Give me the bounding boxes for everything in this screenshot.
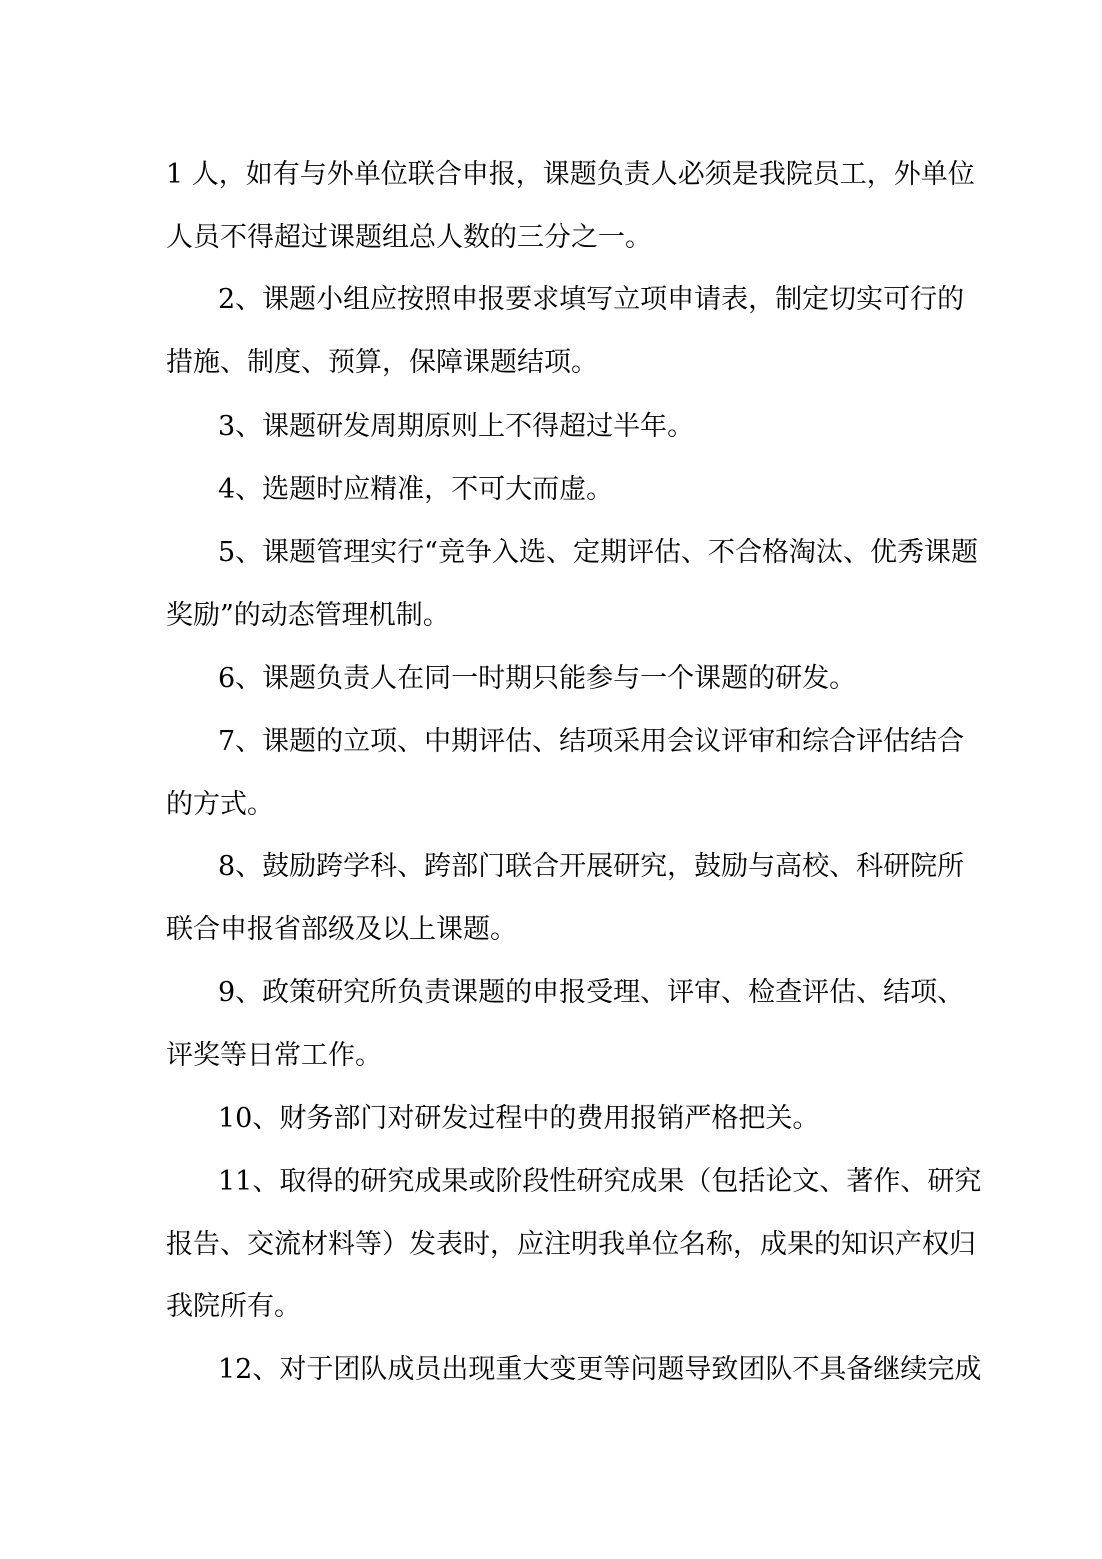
text-line: 9、政策研究所负责课题的申报受理、评审、检查评估、结项、 bbox=[218, 973, 936, 1013]
text-line: 奖励”的动态管理机制。 bbox=[166, 596, 936, 636]
text-line: 5、课题管理实行“竞争入选、定期评估、不合格淘汰、优秀课题 bbox=[218, 533, 936, 573]
text-line: 4、选题时应精准，不可大而虚。 bbox=[218, 470, 936, 510]
text-line: 10、财务部门对研发过程中的费用报销严格把关。 bbox=[218, 1099, 936, 1139]
text-line: 6、课题负责人在同一时期只能参与一个课题的研发。 bbox=[218, 659, 936, 699]
text-line: 报告、交流材料等）发表时，应注明我单位名称，成果的知识产权归 bbox=[166, 1225, 936, 1265]
text-line: 评奖等日常工作。 bbox=[166, 1036, 936, 1076]
text-line: 7、课题的立项、中期评估、结项采用会议评审和综合评估结合 bbox=[218, 722, 936, 762]
text-line: 3、课题研发周期原则上不得超过半年。 bbox=[218, 407, 936, 447]
text-line: 措施、制度、预算，保障课题结项。 bbox=[166, 343, 936, 383]
text-line: 2、课题小组应按照申报要求填写立项申请表，制定切实可行的 bbox=[218, 280, 936, 320]
text-line: 12、对于团队成员出现重大变更等问题导致团队不具备继续完成 bbox=[218, 1350, 936, 1390]
text-line: 联合申报省部级及以上课题。 bbox=[166, 910, 936, 950]
text-line: 11、取得的研究成果或阶段性研究成果（包括论文、著作、研究 bbox=[218, 1162, 936, 1202]
text-line: 8、鼓励跨学科、跨部门联合开展研究，鼓励与高校、科研院所 bbox=[218, 847, 936, 887]
text-line: 人员不得超过课题组总人数的三分之一。 bbox=[166, 218, 936, 258]
text-line: 的方式。 bbox=[166, 785, 936, 825]
text-line: 1 人，如有与外单位联合申报，课题负责人必须是我院员工，外单位 bbox=[166, 155, 936, 195]
text-line: 我院所有。 bbox=[166, 1287, 936, 1327]
document-page: 1 人，如有与外单位联合申报，课题负责人必须是我院员工，外单位 人员不得超过课题… bbox=[0, 0, 1102, 1559]
